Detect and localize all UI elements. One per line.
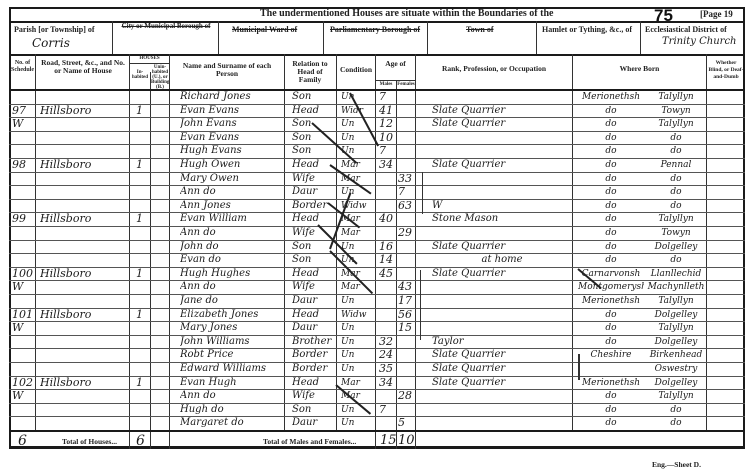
born-county: Merionethsh — [578, 91, 644, 103]
schedule-number: W — [12, 390, 34, 402]
person-name: Hugh Evans — [180, 145, 284, 157]
page-heading: The undermentioned Houses are situate wi… — [260, 8, 553, 19]
born-place: Towyn — [646, 105, 706, 117]
col-header-inhabited: In-habited — [131, 70, 149, 80]
schedule-number: W — [12, 281, 34, 293]
condition: Un — [341, 295, 375, 307]
born-county: do — [578, 322, 644, 334]
table-row: Mary OwenWifeMar33dodo — [0, 172, 750, 186]
person-name: Hugh Hughes — [180, 268, 284, 280]
person-name: Evan Evans — [180, 132, 284, 144]
age-male: 34 — [379, 377, 396, 389]
born-place: do — [646, 186, 706, 198]
inhabited-count: 1 — [136, 213, 148, 225]
divider — [427, 21, 428, 54]
occupation: Slate Quarrier — [432, 268, 572, 280]
born-county: Montgomerysh — [578, 281, 644, 293]
divider — [218, 21, 219, 54]
age-female: 56 — [398, 309, 415, 321]
person-name: Evan Hugh — [180, 377, 284, 389]
divider — [112, 21, 113, 54]
age-male: 7 — [379, 404, 396, 416]
born-place: Llanllechid — [646, 268, 706, 280]
born-county: do — [578, 173, 644, 185]
born-place: Talyllyn — [646, 390, 706, 402]
person-name: Richard Jones — [180, 91, 284, 103]
person-name: Jane do — [180, 295, 284, 307]
schedule-number: W — [12, 322, 34, 334]
table-row: WMary JonesDaurUn15doTalyllyn — [0, 321, 750, 335]
occupation: W — [432, 200, 572, 212]
born-county: Merionethsh — [578, 295, 644, 307]
age-male: 35 — [379, 363, 396, 375]
relation: Wife — [292, 173, 336, 185]
age-male: 7 — [379, 145, 396, 157]
age-male: 7 — [379, 91, 396, 103]
table-row: Robt PriceBorderUn24Slate QuarrierCheshi… — [0, 348, 750, 362]
age-female: 33 — [398, 173, 415, 185]
schedule-number: 102 — [12, 377, 34, 389]
born-place: Towyn — [646, 227, 706, 239]
table-row: WJohn EvansSonUn12Slate QuarrierdoTalyll… — [0, 117, 750, 131]
table-row: Hugh EvansSonUn7dodo — [0, 144, 750, 158]
relation: Border — [292, 349, 336, 361]
house-name: Hillsboro — [40, 213, 128, 225]
born-place: do — [646, 404, 706, 416]
table-row: Ann doWifeMar29doTowyn — [0, 226, 750, 240]
born-place: Talyllyn — [646, 213, 706, 225]
born-place: do — [646, 173, 706, 185]
born-county: do — [578, 336, 644, 348]
born-place: Talyllyn — [646, 295, 706, 307]
condition: Mar — [341, 159, 375, 171]
person-name: Mary Owen — [180, 173, 284, 185]
col-header-name: Name and Surname of each Person — [172, 62, 282, 78]
relation: Wife — [292, 281, 336, 293]
table-row: Ann JonesBorderWidw63Wdodo — [0, 199, 750, 213]
occupation: Slate Quarrier — [432, 349, 572, 361]
table-row: John WilliamsBrotherUn32TaylordoDolgelle… — [0, 335, 750, 349]
occupation: Taylor — [432, 336, 572, 348]
person-name: Robt Price — [180, 349, 284, 361]
schedule-number: 100 — [12, 268, 34, 280]
born-place: Dolgelley — [646, 377, 706, 389]
inhabited-count: 1 — [136, 309, 148, 321]
person-name: John do — [180, 241, 284, 253]
ditto-bracket — [578, 354, 580, 380]
district-ward-label: Municipal Ward of — [232, 25, 297, 34]
relation: Border — [292, 363, 336, 375]
totals-rule — [9, 430, 745, 432]
born-county: do — [578, 309, 644, 321]
header-divider — [9, 54, 745, 56]
condition: Un — [341, 349, 375, 361]
born-county: do — [578, 227, 644, 239]
age-male: 12 — [379, 118, 396, 130]
born-county: do — [578, 404, 644, 416]
occupation: Stone Mason — [432, 213, 572, 225]
person-name: Edward Williams — [180, 363, 284, 375]
table-row: Evan doSonUn14at homedodo — [0, 253, 750, 267]
inhabited-count: 1 — [136, 159, 148, 171]
born-place: Dolgelley — [646, 309, 706, 321]
relation: Brother — [292, 336, 336, 348]
condition: Un — [341, 254, 375, 266]
occupation: Slate Quarrier — [432, 105, 572, 117]
col-header-uninhabited: Unin-habited (U.), or Building (B.) — [151, 65, 169, 90]
born-place: do — [646, 132, 706, 144]
person-name: Ann do — [180, 390, 284, 402]
table-row: 99Hillsboro1Evan WilliamHeadMar40Stone M… — [0, 212, 750, 226]
born-county: do — [578, 417, 644, 429]
house-name: Hillsboro — [40, 105, 128, 117]
age-female: 7 — [398, 186, 415, 198]
person-name: Margaret do — [180, 417, 284, 429]
divider — [323, 21, 324, 54]
person-name: Ann Jones — [180, 200, 284, 212]
ditto-bracket — [420, 270, 421, 340]
schedule-number: 98 — [12, 159, 34, 171]
relation: Daur — [292, 295, 336, 307]
born-place: Dolgelley — [646, 336, 706, 348]
table-row: WAnn doWifeMar28doTalyllyn — [0, 389, 750, 403]
district-parish-value: Corris — [32, 36, 70, 50]
table-row: Margaret doDaurUn5dodo — [0, 416, 750, 430]
person-name: Elizabeth Jones — [180, 309, 284, 321]
born-place: Oswestry — [646, 363, 706, 375]
divider — [375, 80, 415, 81]
relation: Head — [292, 377, 336, 389]
district-ecclesiastical-label: Ecclesiastical District of — [645, 25, 727, 34]
relation: Daur — [292, 186, 336, 198]
schedule-number: 101 — [12, 309, 34, 321]
condition: Un — [341, 417, 375, 429]
age-male: 40 — [379, 213, 396, 225]
relation: Daur — [292, 322, 336, 334]
table-row: 100Hillsboro1Hugh HughesHeadMar45Slate Q… — [0, 267, 750, 281]
col-header-schedule: No. of Schedule — [10, 60, 35, 74]
born-county: do — [578, 105, 644, 117]
inhabited-count: 1 — [136, 268, 148, 280]
person-name: Hugh do — [180, 404, 284, 416]
born-county: Merionethsh — [578, 377, 644, 389]
total-males: 15 — [380, 433, 397, 448]
condition: Un — [341, 91, 375, 103]
table-row: Richard JonesSonUn7MerionethshTalyllyn — [0, 90, 750, 104]
col-header-females: Females — [397, 82, 415, 87]
total-schedules: 6 — [18, 433, 27, 449]
person-name: John Williams — [180, 336, 284, 348]
table-row: Hugh doSonUn7dodo — [0, 403, 750, 417]
occupation: at home — [432, 254, 572, 266]
inhabited-count: 1 — [136, 377, 148, 389]
age-male: 24 — [379, 349, 396, 361]
born-county: do — [578, 186, 644, 198]
col-header-condition: Condition — [337, 66, 375, 74]
occupation: Slate Quarrier — [432, 241, 572, 253]
district-ecclesiastical-value: Trinity Church — [662, 36, 737, 47]
condition: Widw — [341, 309, 375, 321]
born-county: do — [578, 132, 644, 144]
person-name: Evan do — [180, 254, 284, 266]
person-name: Evan William — [180, 213, 284, 225]
district-borough-label: City or Municipal Borough of — [118, 22, 214, 30]
born-place: Pennal — [646, 159, 706, 171]
total-females: 10 — [398, 433, 415, 448]
col-header-age-of: Age of — [376, 60, 415, 68]
person-name: Hugh Owen — [180, 159, 284, 171]
age-male: 16 — [379, 241, 396, 253]
relation: Head — [292, 268, 336, 280]
divider — [536, 21, 537, 54]
born-county: do — [578, 254, 644, 266]
born-place: Talyllyn — [646, 91, 706, 103]
born-county: Cheshire — [578, 349, 644, 361]
relation: Head — [292, 213, 336, 225]
total-persons-label: Total of Males and Females... — [263, 437, 356, 446]
born-place: Dolgelley — [646, 241, 706, 253]
house-name: Hillsboro — [40, 268, 128, 280]
age-male: 32 — [379, 336, 396, 348]
table-row: Edward WilliamsBorderUn35Slate QuarrierO… — [0, 362, 750, 376]
born-county: do — [578, 390, 644, 402]
relation: Head — [292, 105, 336, 117]
age-male: 45 — [379, 268, 396, 280]
table-row: John doSonUn16Slate QuarrierdoDolgelley — [0, 240, 750, 254]
col-header-blind: Whether Blind, or Deaf-and-Dumb — [708, 60, 744, 81]
person-name: Ann do — [180, 227, 284, 239]
sheet-label: Eng.—Sheet D. — [652, 460, 701, 469]
born-county: do — [578, 200, 644, 212]
table-row: 98Hillsboro1Hugh OwenHeadMar34Slate Quar… — [0, 158, 750, 172]
occupation: Slate Quarrier — [432, 159, 572, 171]
table-row: 102Hillsboro1Evan HughHeadMar34Slate Qua… — [0, 376, 750, 390]
relation: Son — [292, 404, 336, 416]
born-county: do — [578, 213, 644, 225]
total-inhabited: 6 — [136, 433, 145, 449]
table-row: 97Hillsboro1Evan EvansHeadWidr41Slate Qu… — [0, 104, 750, 118]
folio-number: 75 — [654, 6, 673, 26]
age-female: 15 — [398, 322, 415, 334]
table-row: Ann doDaurUn7dodo — [0, 185, 750, 199]
divider — [129, 63, 169, 64]
relation: Daur — [292, 417, 336, 429]
occupation: Slate Quarrier — [432, 363, 572, 375]
condition: Un — [341, 336, 375, 348]
table-row: WAnn doWifeMar43MontgomeryshMachynlleth — [0, 280, 750, 294]
age-male: 14 — [379, 254, 396, 266]
relation: Son — [292, 145, 336, 157]
born-county: do — [578, 145, 644, 157]
person-name: John Evans — [180, 118, 284, 130]
age-male: 10 — [379, 132, 396, 144]
schedule-number: 99 — [12, 213, 34, 225]
born-place: Machynlleth — [646, 281, 706, 293]
col-header-occupation: Rank, Profession, or Occupation — [416, 65, 572, 73]
col-header-relation: Relation to Head of Family — [286, 60, 334, 84]
condition: Mar — [341, 377, 375, 389]
col-header-males: Males — [376, 82, 396, 87]
table-row: Jane doDaurUn17MerionethshTalyllyn — [0, 294, 750, 308]
born-county: do — [578, 241, 644, 253]
house-name: Hillsboro — [40, 309, 128, 321]
district-town-label: Town of — [466, 25, 494, 34]
condition: Un — [341, 322, 375, 334]
district-parish-label: Parish [or Township] of — [14, 25, 95, 34]
person-name: Mary Jones — [180, 322, 284, 334]
age-male: 34 — [379, 159, 396, 171]
born-place: Talyllyn — [646, 322, 706, 334]
inhabited-count: 1 — [136, 105, 148, 117]
age-female: 43 — [398, 281, 415, 293]
born-place: Talyllyn — [646, 118, 706, 130]
person-name: Evan Evans — [180, 105, 284, 117]
person-name: Ann do — [180, 186, 284, 198]
relation: Son — [292, 91, 336, 103]
relation: Wife — [292, 390, 336, 402]
age-female: 17 — [398, 295, 415, 307]
age-female: 29 — [398, 227, 415, 239]
occupation: Slate Quarrier — [432, 118, 572, 130]
age-male: 41 — [379, 105, 396, 117]
col-header-houses: HOUSES — [130, 55, 169, 63]
relation: Son — [292, 254, 336, 266]
house-name: Hillsboro — [40, 159, 128, 171]
ditto-bracket — [422, 172, 423, 214]
page-label: [Page 19 — [700, 9, 733, 19]
col-header-where-born: Where Born — [573, 65, 706, 73]
born-county: do — [578, 159, 644, 171]
age-female: 5 — [398, 417, 415, 429]
age-female: 28 — [398, 390, 415, 402]
born-place: do — [646, 145, 706, 157]
col-header-road: Road, Street, &c., and No. or Name of Ho… — [37, 59, 129, 75]
relation: Head — [292, 309, 336, 321]
born-place: Birkenhead — [646, 349, 706, 361]
born-place: do — [646, 417, 706, 429]
house-name: Hillsboro — [40, 377, 128, 389]
occupation: Slate Quarrier — [432, 377, 572, 389]
age-female: 63 — [398, 200, 415, 212]
district-hamlet-label: Hamlet or Tything, &c., of — [542, 25, 632, 34]
born-county: do — [578, 118, 644, 130]
schedule-number: W — [12, 118, 34, 130]
condition: Mar — [341, 227, 375, 239]
schedule-number: 97 — [12, 105, 34, 117]
district-parl-borough-label: Parliamentary Borough of — [330, 25, 420, 34]
table-row: 101Hillsboro1Elizabeth JonesHeadWidw56do… — [0, 308, 750, 322]
total-houses-label: Total of Houses... — [62, 437, 117, 446]
divider — [640, 21, 641, 54]
person-name: Ann do — [180, 281, 284, 293]
condition: Un — [341, 363, 375, 375]
born-place: do — [646, 254, 706, 266]
born-place: do — [646, 200, 706, 212]
